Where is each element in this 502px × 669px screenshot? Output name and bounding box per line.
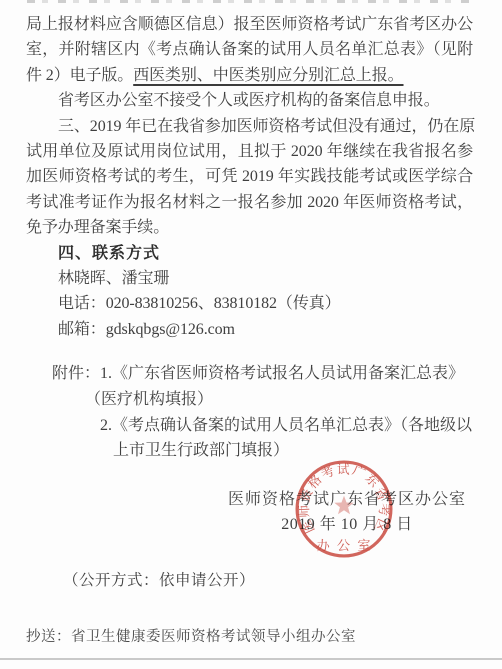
attachment-item: 上市卫生行政部门填报）: [52, 438, 472, 464]
body-line: 三、2019 年已在我省参加医师资格考试但没有通过，仍在原: [26, 114, 473, 139]
attachment-item: （医疗机构填报）: [52, 387, 472, 413]
document-page: 局上报材料应含顺德区信息）报至医师资格考试广东省考区办公 室，并附辖区内《考点确…: [0, 0, 502, 669]
official-red-seal-stamp: 医师资格考试广东省考区 办公室: [293, 458, 395, 560]
section-heading-contact: 四、联系方式: [26, 241, 473, 266]
body-line: 加医师资格考试的考生，可凭 2019 年实践技能考试或医学综合: [26, 164, 473, 189]
contact-email: 邮箱：gdskqbgs@126.com: [26, 317, 473, 342]
attachment-item: 2.《考点确认备案的试用人员名单汇总表》（各地级以: [52, 413, 472, 439]
signature-organization: 医师资格考试广东省考区办公室: [0, 487, 466, 513]
body-text-segment: 件 2）电子版。: [26, 67, 133, 84]
body-line: 室，并附辖区内《考点确认备案的试用人员名单汇总表》（见附: [26, 37, 473, 62]
contact-phone: 电话：020-83810256、83810182（传真）: [26, 291, 473, 316]
document-body: 局上报材料应含顺德区信息）报至医师资格考试广东省考区办公 室，并附辖区内《考点确…: [26, 12, 473, 342]
disclosure-method: （公开方式：依申请公开）: [63, 568, 255, 594]
footer-divider: [0, 658, 502, 660]
underlined-emphasis-text: 西医类别、中医类别应分别汇总上报。: [133, 67, 403, 84]
attachments-list: 附件：1.《广东省医师资格考试报名人员试用备案汇总表》 （医疗机构填报） 2.《…: [52, 361, 472, 464]
body-line: 考试准考证作为报名材料之一报名参加 2020 年医师资格考试，: [26, 190, 473, 215]
attachment-item: 附件：1.《广东省医师资格考试报名人员试用备案汇总表》: [52, 361, 472, 387]
seal-bottom-text: 办公室: [316, 537, 377, 553]
body-line: 试用单位及原试用岗位试用，且拟于 2020 年继续在我省报名参: [26, 139, 473, 164]
body-line: 免予办理备案手续。: [26, 215, 473, 240]
cropped-previous-line-artifact: [27, 0, 471, 3]
body-line: 件 2）电子版。西医类别、中医类别应分别汇总上报。: [26, 63, 473, 88]
seal-star-icon: [334, 496, 353, 514]
body-line: 省考区办公室不接受个人或医疗机构的备案信息申报。: [26, 88, 473, 113]
contact-names: 林晓晖、潘宝珊: [26, 266, 473, 291]
body-line: 局上报材料应含顺德区信息）报至医师资格考试广东省考区办公: [26, 12, 473, 37]
carbon-copy-line: 抄送：省卫生健康委医师资格考试领导小组办公室: [26, 626, 356, 648]
